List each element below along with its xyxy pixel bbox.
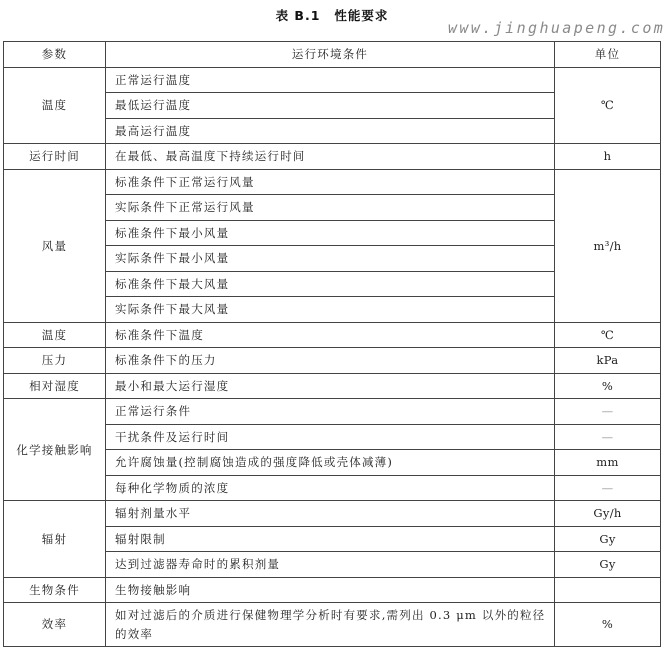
table-row: 压力 标准条件下的压力 kPa <box>4 348 661 374</box>
unit-cell: kPa <box>555 348 661 374</box>
unit-cell: Gy/h <box>555 501 661 527</box>
condition-cell: 生物接触影响 <box>106 577 555 603</box>
table-row: 相对湿度 最小和最大运行湿度 % <box>4 373 661 399</box>
unit-cell: — <box>555 475 661 501</box>
condition-cell: 在最低、最高温度下持续运行时间 <box>106 144 555 170</box>
header-row: 参数 运行环境条件 单位 <box>4 42 661 68</box>
unit-cell: m³/h <box>555 169 661 322</box>
table-row: 效率 如对过滤后的介质进行保健物理学分析时有要求,需列出 0.3 μm 以外的粒… <box>4 603 661 647</box>
unit-cell <box>555 577 661 603</box>
condition-cell: 正常运行条件 <box>106 399 555 425</box>
performance-requirements-table: 参数 运行环境条件 单位 温度 正常运行温度 ℃ 最低运行温度 最高运行温度 运… <box>3 41 661 647</box>
table-title: 性能要求 <box>334 8 388 23</box>
table-row: 辐射 辐射剂量水平 Gy/h <box>4 501 661 527</box>
condition-cell: 允许腐蚀量(控制腐蚀造成的强度降低或壳体减薄) <box>106 450 555 476</box>
param-cell: 化学接触影响 <box>4 399 106 501</box>
condition-cell: 实际条件下最大风量 <box>106 297 555 323</box>
param-cell: 效率 <box>4 603 106 647</box>
table-row: 化学接触影响 正常运行条件 — <box>4 399 661 425</box>
condition-cell: 实际条件下最小风量 <box>106 246 555 272</box>
table-row: 风量 标准条件下正常运行风量 m³/h <box>4 169 661 195</box>
header-condition: 运行环境条件 <box>106 42 555 68</box>
unit-cell: % <box>555 373 661 399</box>
condition-cell: 达到过滤器寿命时的累积剂量 <box>106 552 555 578</box>
condition-cell: 如对过滤后的介质进行保健物理学分析时有要求,需列出 0.3 μm 以外的粒径的效… <box>106 603 555 647</box>
unit-cell: Gy <box>555 526 661 552</box>
table-row: 生物条件 生物接触影响 <box>4 577 661 603</box>
param-cell: 生物条件 <box>4 577 106 603</box>
param-cell: 风量 <box>4 169 106 322</box>
param-cell: 压力 <box>4 348 106 374</box>
condition-cell: 标准条件下最小风量 <box>106 220 555 246</box>
condition-cell: 正常运行温度 <box>106 67 555 93</box>
table-row: 温度 正常运行温度 ℃ <box>4 67 661 93</box>
unit-cell: h <box>555 144 661 170</box>
condition-cell: 干扰条件及运行时间 <box>106 424 555 450</box>
param-cell: 相对湿度 <box>4 373 106 399</box>
condition-cell: 最高运行温度 <box>106 118 555 144</box>
unit-cell: Gy <box>555 552 661 578</box>
condition-cell: 最低运行温度 <box>106 93 555 119</box>
condition-cell: 标准条件下正常运行风量 <box>106 169 555 195</box>
unit-cell: mm <box>555 450 661 476</box>
header-parameter: 参数 <box>4 42 106 68</box>
param-cell: 温度 <box>4 67 106 144</box>
condition-cell: 辐射剂量水平 <box>106 501 555 527</box>
table-number: 表 B.1 <box>276 8 321 23</box>
condition-cell: 实际条件下正常运行风量 <box>106 195 555 221</box>
param-cell: 温度 <box>4 322 106 348</box>
unit-cell: ℃ <box>555 322 661 348</box>
condition-cell: 最小和最大运行湿度 <box>106 373 555 399</box>
condition-cell: 每种化学物质的浓度 <box>106 475 555 501</box>
param-cell: 运行时间 <box>4 144 106 170</box>
condition-cell: 标准条件下的压力 <box>106 348 555 374</box>
param-cell: 辐射 <box>4 501 106 578</box>
condition-cell: 辐射限制 <box>106 526 555 552</box>
condition-cell: 标准条件下温度 <box>106 322 555 348</box>
table-row: 运行时间 在最低、最高温度下持续运行时间 h <box>4 144 661 170</box>
unit-cell: — <box>555 424 661 450</box>
watermark: www.jinghuapeng.com <box>448 19 654 37</box>
unit-cell: — <box>555 399 661 425</box>
header-unit: 单位 <box>555 42 661 68</box>
condition-cell: 标准条件下最大风量 <box>106 271 555 297</box>
table-row: 温度 标准条件下温度 ℃ <box>4 322 661 348</box>
unit-cell: ℃ <box>555 67 661 144</box>
unit-cell: % <box>555 603 661 647</box>
